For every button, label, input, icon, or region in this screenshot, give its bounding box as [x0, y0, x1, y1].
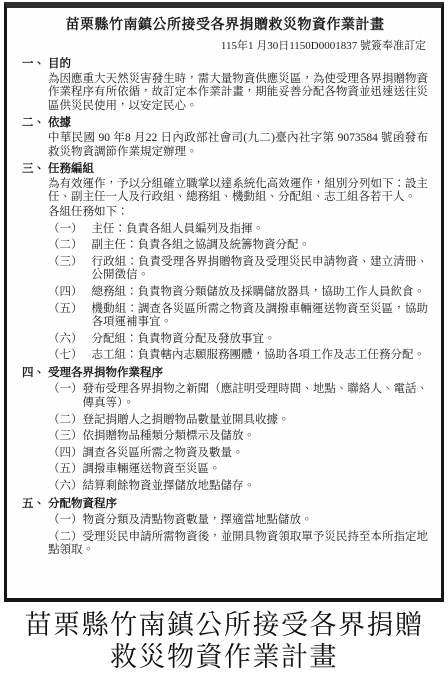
caption-line-1: 苗栗縣竹南鎮公所接受各界捐贈 [0, 609, 448, 641]
section-header: 一、目的 [22, 58, 428, 72]
item-marker: （二） [48, 239, 83, 253]
document-box: 苗栗縣竹南鎮公所接受各界捐贈救災物資作業計畫 115年1 月30日1150D00… [4, 2, 444, 602]
item-marker: （三） [48, 430, 83, 444]
list-item: （四）調查各災區所需之物資及數量。 [48, 447, 428, 461]
list-item: （二）登記捐贈人之捐贈物品數量並開具收據。 [48, 414, 428, 428]
section-body: （一）發布受理各界捐物之新聞（應註明受理時間、地點、聯絡人、電話、傳真等）。（二… [22, 383, 428, 493]
section-heading: 目的 [48, 58, 71, 72]
list-item: （一）物資分類及清點物資數量，擇適當地點儲放。 [48, 514, 428, 528]
item-marker: （七） [48, 349, 83, 363]
item-text: 調撥車輛運送物資至災區。 [83, 463, 429, 477]
list-item: （二）副主任：負責各組之協調及統籌物資分配。 [48, 239, 428, 253]
item-text: 總務組：負責物資分類儲放及採購儲放器具，協助工作人員飲食。 [92, 286, 429, 300]
page-title: 苗栗縣竹南鎮公所接受各界捐贈救災物資作業計畫 [22, 17, 428, 34]
item-text: 物資分類及清點物資數量，擇適當地點儲放。 [83, 514, 429, 528]
section-heading: 受理各界捐物作業程序 [48, 367, 163, 381]
item-text: 志工組：負責轄內志願服務團體，協助各項工作及志工任務分配。 [92, 349, 429, 363]
document-sections: 一、目的為因應重大天然災害發生時，需大量物資供應災區，為使受理各界捐贈物資作業程… [22, 58, 428, 558]
list-item: （五）調撥車輛運送物資至災區。 [48, 463, 428, 477]
list-item: （七）志工組：負責轄內志願服務團體，協助各項工作及志工任務分配。 [48, 349, 428, 363]
list-item: （一）主任：負責各組人員編列及指揮。 [48, 223, 428, 237]
item-text: 副主任：負責各組之協調及統籌物資分配。 [92, 239, 429, 253]
item-marker: （三） [48, 256, 83, 283]
list-item: （三）行政組：負責受理各界捐贈物資及受理災民申請物資、建立清冊、公開徵信。 [48, 256, 428, 283]
paragraph: 為因應重大天然災害發生時，需大量物資供應災區，為使受理各界捐贈物資作業程序有所依… [48, 73, 428, 114]
section-body: 為有效運作，予以分組確立職掌以達系統化高效運作，組別分列如下：設主任、副主任一人… [22, 178, 428, 363]
section-heading: 分配物資程序 [48, 498, 117, 512]
section-number: 三、 [22, 163, 48, 177]
section-number: 一、 [22, 58, 48, 72]
section: 二、依據中華民國 90 年8 月22 日內政部社會司(九二)臺內社字第 9073… [22, 117, 428, 159]
paragraph: 為有效運作，予以分組確立職掌以達系統化高效運作，組別分列如下：設主任、副主任一人… [48, 178, 428, 205]
list-item: （六）結算剩餘物資並擇儲放地點儲存。 [48, 480, 428, 494]
document-caption: 苗栗縣竹南鎮公所接受各界捐贈 救災物資作業計畫 [0, 609, 448, 673]
section: 四、受理各界捐物作業程序（一）發布受理各界捐物之新聞（應註明受理時間、地點、聯絡… [22, 367, 428, 494]
paragraph: 中華民國 90 年8 月22 日內政部社會司(九二)臺內社字第 9073584 … [48, 132, 428, 159]
item-text: 主任：負責各組人員編列及指揮。 [92, 223, 429, 237]
section-body: （一）物資分類及清點物資數量，擇適當地點儲放。（二）受理災民申請所需物資後，並開… [22, 514, 428, 558]
list-item: （三）依捐贈物品種類分類標示及儲放。 [48, 430, 428, 444]
item-text: 登記捐贈人之捐贈物品數量並開具收據。 [83, 414, 429, 428]
list-item: （二）受理災民申請所需物資後，並開具物資領取單予災民持至本所指定地點領取。 [48, 531, 428, 558]
item-marker: （一） [48, 223, 83, 237]
item-text: 依捐贈物品種類分類標示及儲放。 [83, 430, 429, 444]
section: 一、目的為因應重大天然災害發生時，需大量物資供應災區，為使受理各界捐贈物資作業程… [22, 58, 428, 113]
item-text: 發布受理各界捐物之新聞（應註明受理時間、地點、聯絡人、電話、傳真等）。 [83, 383, 429, 410]
item-text: 結算剩餘物資並擇儲放地點儲存。 [83, 480, 429, 494]
item-marker: （四） [48, 286, 83, 300]
item-marker: （四） [48, 447, 83, 461]
item-text: 調查各災區所需之物資及數量。 [83, 447, 429, 461]
paragraph: 各組任務如下： [48, 206, 428, 220]
approval-line: 115年1 月30日1150D0001837 號簽奉准訂定 [22, 39, 428, 53]
section-heading: 依據 [48, 117, 71, 131]
section-body: 中華民國 90 年8 月22 日內政部社會司(九二)臺內社字第 9073584 … [22, 132, 428, 159]
section-header: 二、依據 [22, 117, 428, 131]
item-marker: （二） [48, 414, 83, 428]
item-marker: （一） [48, 383, 83, 410]
item-marker: （六） [48, 333, 83, 347]
section-number: 五、 [22, 498, 48, 512]
list-item: （五）機動組：調查各災區所需之物資及調撥車輛運送物資至災區，協助各項運補事宜。 [48, 303, 428, 330]
section-number: 二、 [22, 117, 48, 131]
item-text: 機動組：調查各災區所需之物資及調撥車輛運送物資至災區，協助各項運補事宜。 [92, 303, 429, 330]
section-header: 五、分配物資程序 [22, 498, 428, 512]
item-marker: （六） [48, 480, 83, 494]
item-marker: （一） [48, 514, 83, 528]
section: 三、任務編組為有效運作，予以分組確立職掌以達系統化高效運作，組別分列如下：設主任… [22, 163, 428, 363]
section-header: 四、受理各界捐物作業程序 [22, 367, 428, 381]
item-marker: （五） [48, 463, 83, 477]
item-marker: （二） [48, 531, 83, 543]
list-item: （四）總務組：負責物資分類儲放及採購儲放器具，協助工作人員飲食。 [48, 286, 428, 300]
item-text: 受理災民申請所需物資後，並開具物資領取單予災民持至本所指定地點領取。 [48, 531, 428, 557]
section: 五、分配物資程序（一）物資分類及清點物資數量，擇適當地點儲放。（二）受理災民申請… [22, 498, 428, 558]
list-item: （六）分配組：負責物資分配及發放事宜。 [48, 333, 428, 347]
item-text: 行政組：負責受理各界捐贈物資及受理災民申請物資、建立清冊、公開徵信。 [92, 256, 429, 283]
section-header: 三、任務編組 [22, 163, 428, 177]
list-item: （一）發布受理各界捐物之新聞（應註明受理時間、地點、聯絡人、電話、傳真等）。 [48, 383, 428, 410]
scanned-document-page: 苗栗縣竹南鎮公所接受各界捐贈救災物資作業計畫 115年1 月30日1150D00… [0, 2, 448, 673]
caption-line-2: 救災物資作業計畫 [0, 641, 448, 673]
item-marker: （五） [48, 303, 83, 330]
section-heading: 任務編組 [48, 163, 94, 177]
section-body: 為因應重大天然災害發生時，需大量物資供應災區，為使受理各界捐贈物資作業程序有所依… [22, 73, 428, 114]
item-text: 分配組：負責物資分配及發放事宜。 [92, 333, 429, 347]
section-number: 四、 [22, 367, 48, 381]
